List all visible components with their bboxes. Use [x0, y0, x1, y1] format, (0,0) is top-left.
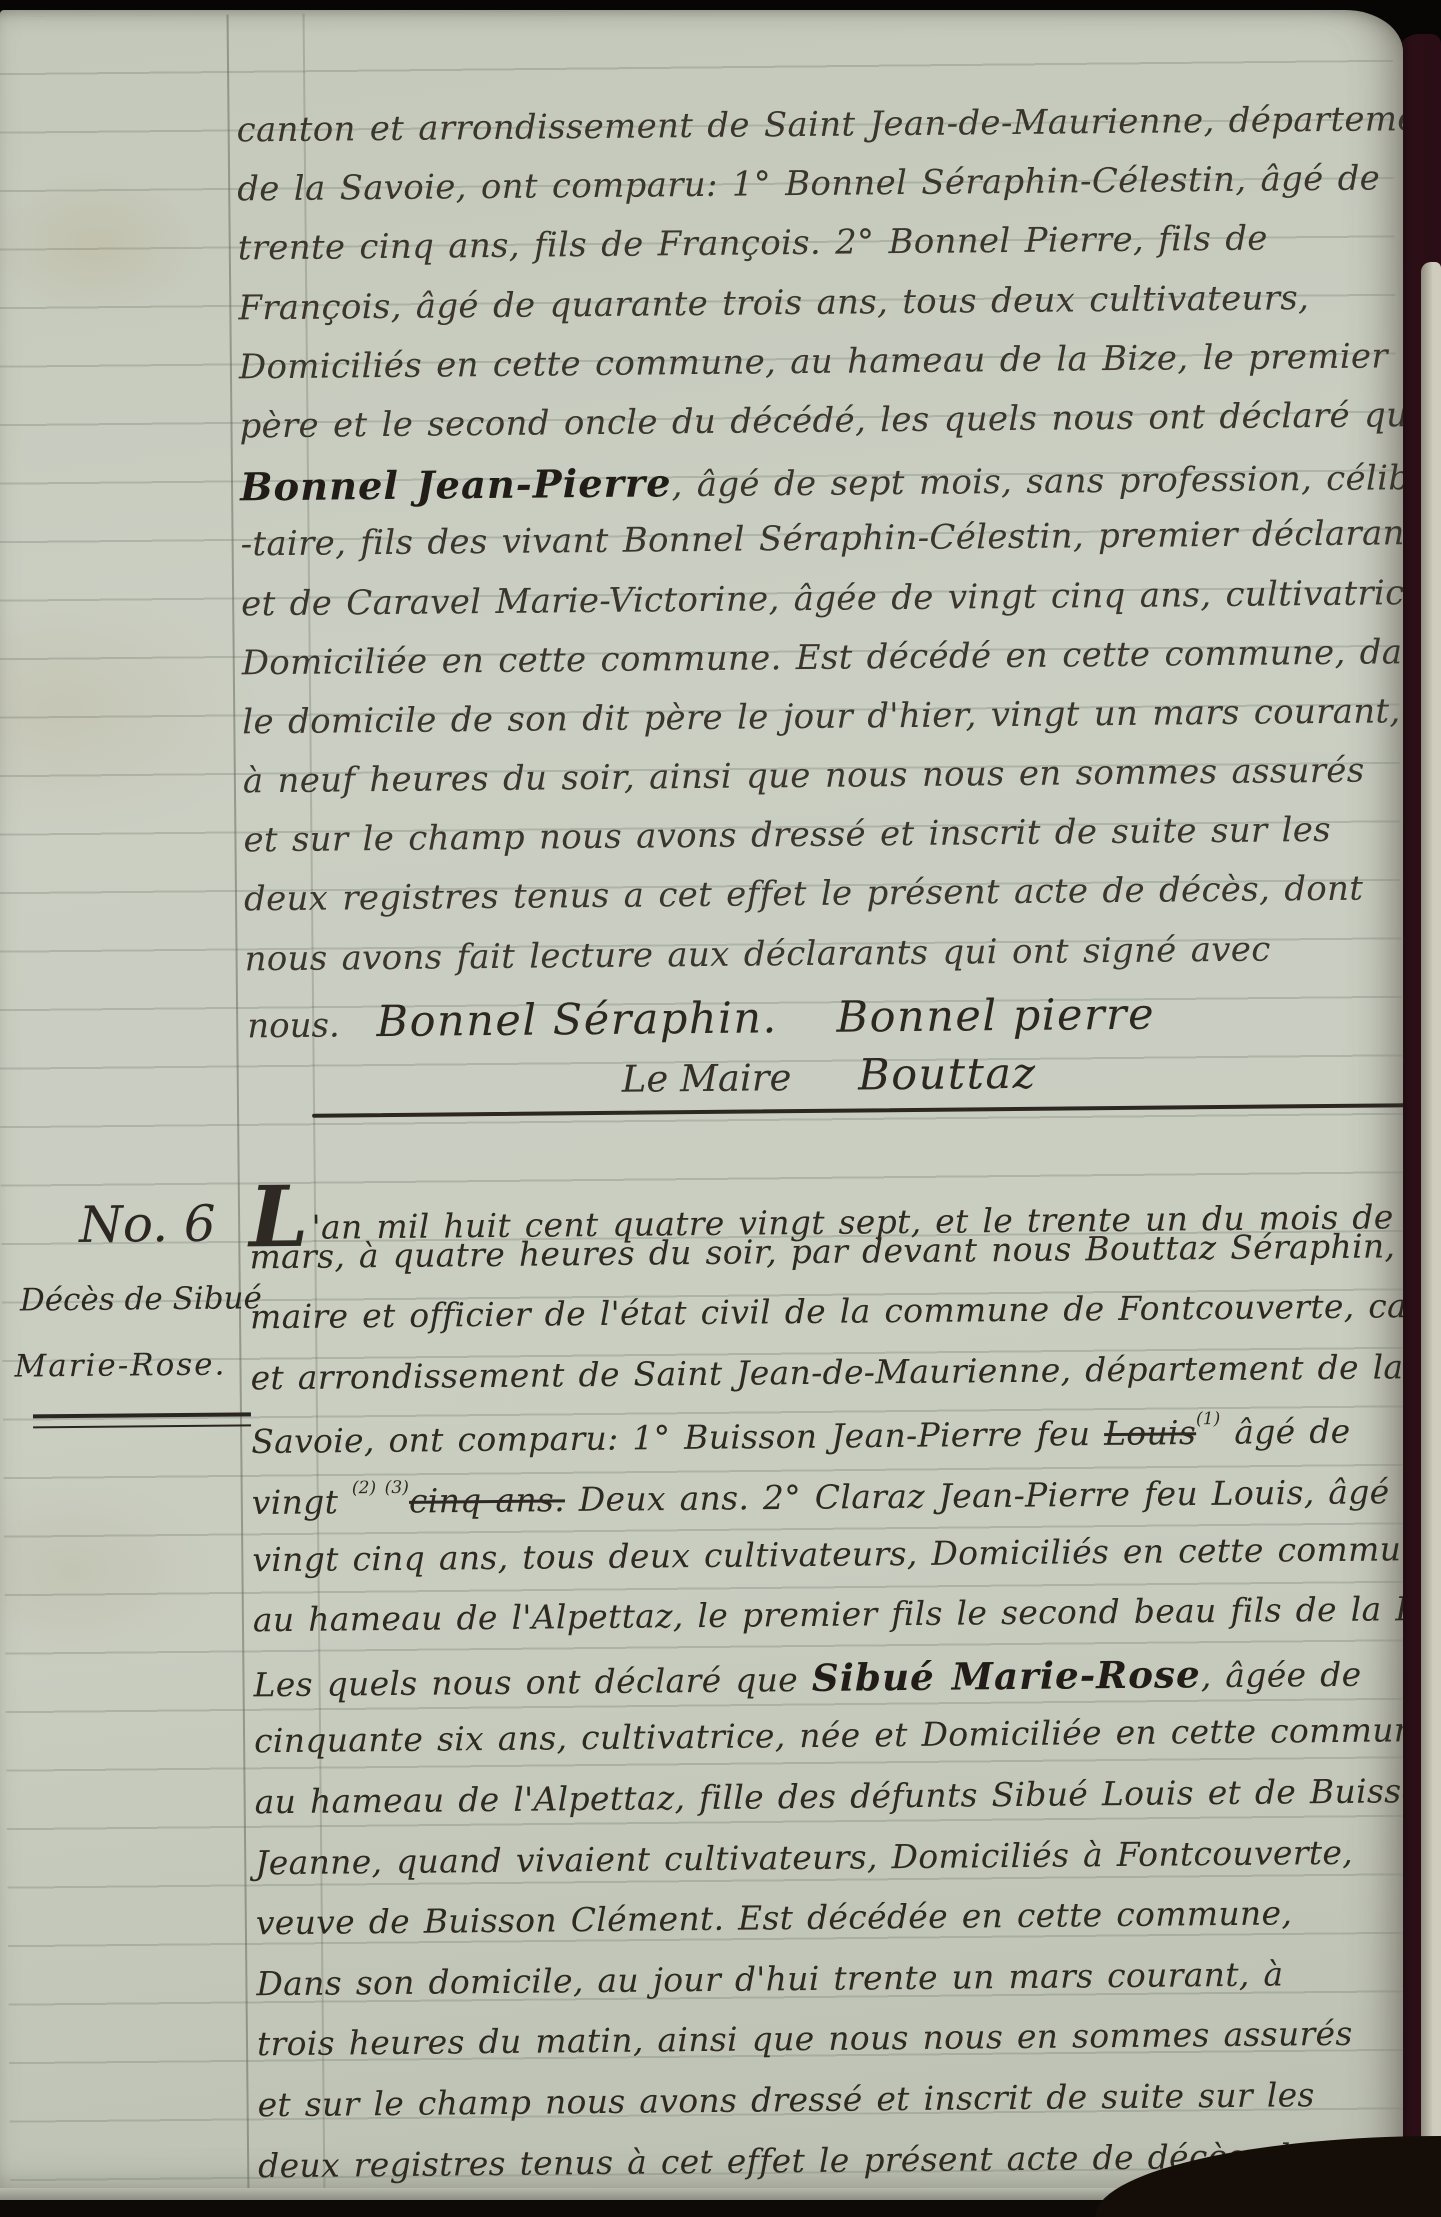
text-line: et de Caravel Marie-Victorine, âgée de v…	[241, 572, 1403, 643]
text-line: veuve de Buisson Clément. Est décédée en…	[256, 1892, 1403, 1964]
text-line: Dans son domicile, au jour d'hui trente …	[256, 1953, 1403, 2025]
text-line: deux registres tenus a cet effet le prés…	[244, 868, 1403, 939]
text-line: vingt cinq ans, tous deux cultivateurs, …	[252, 1528, 1403, 1600]
act-1-officiant-row: Le Maire Bouttaz	[622, 1049, 1037, 1103]
margin-note-underline	[33, 1412, 251, 1428]
officiant-title: Le Maire	[622, 1056, 792, 1101]
next-page-edge	[1421, 262, 1441, 2192]
text-line: Jeanne, quand vivaient cultivateurs, Dom…	[255, 1831, 1403, 1903]
scanned-register-photo: canton et arrondissement de Saint Jean-d…	[0, 0, 1441, 2217]
text-line: et sur le champ nous avons dressé et ins…	[243, 809, 1403, 880]
text-line: maire et officier de l'état civil de la …	[250, 1286, 1403, 1358]
text-segment: Savoie, ont comparu: 1° Buisson Jean-Pie…	[251, 1414, 1104, 1461]
text-segment: , âgée de	[1201, 1654, 1362, 1695]
page-content: canton et arrondissement de Saint Jean-d…	[0, 10, 1403, 2196]
text-segment: Deux ans. 2° Claraz Jean-Pierre feu Loui…	[565, 1472, 1403, 1519]
signature-bonnel-pierre: Bonnel pierre	[836, 990, 1155, 1043]
text-segment-name: Sibué Marie-Rose	[812, 1652, 1201, 1700]
text-line: cinquante six ans, cultivatrice, née et …	[254, 1710, 1403, 1782]
text-line: trente cinq ans, fils de François. 2° Bo…	[238, 217, 1403, 288]
text-line: Les quels nous ont déclaré que Sibué Mar…	[253, 1650, 1403, 1722]
text-segment-strike: Louis	[1104, 1413, 1196, 1453]
text-line: au hameau de l'Alpettaz, le premier fils…	[253, 1589, 1403, 1661]
text-line: le domicile de son dit père le jour d'hi…	[242, 691, 1403, 762]
text-line: L'an mil huit cent quatre vingt sept, et…	[249, 1165, 1403, 1237]
text-line: trois heures du matin, ainsi que nous no…	[257, 2013, 1403, 2085]
text-segment: Les quels nous ont déclaré que	[253, 1660, 812, 1704]
text-segment-sup: (2) (3)	[352, 1478, 409, 1499]
text-line: nous avons fait lecture aux déclarants q…	[244, 927, 1403, 998]
text-segment: vingt	[252, 1482, 353, 1522]
register-page: canton et arrondissement de Saint Jean-d…	[0, 10, 1403, 2196]
act-1-text: canton et arrondissement de Saint Jean-d…	[236, 99, 1403, 998]
margin-note: No. 6 Décès de Sibué Marie-Rose.	[1, 1194, 251, 1196]
margin-note-line2: Marie-Rose.	[14, 1347, 226, 1385]
text-line: Domiciliés en cette commune, au hameau d…	[239, 336, 1403, 407]
text-line: vingt (2) (3)cinq ans. Deux ans. 2° Clar…	[252, 1468, 1403, 1540]
text-segment: âgé de	[1220, 1412, 1350, 1452]
text-segment-name: Bonnel Jean-Pierre	[240, 461, 672, 510]
text-segment-sup: (1)	[1196, 1409, 1221, 1429]
text-segment: trente cinq ans, fils de François. 2° Bo…	[238, 219, 1268, 269]
text-line: à neuf heures du soir, ainsi que nous no…	[243, 750, 1403, 821]
closing-word: nous.	[247, 1005, 340, 1046]
text-segment: canton et arrondissement de Saint Jean-d…	[236, 99, 1403, 151]
act-separator-line	[312, 1103, 1403, 1118]
text-line: Bonnel Jean-Pierre, âgé de sept mois, sa…	[240, 454, 1403, 525]
text-line: mars, à quatre heures du soir, par devan…	[249, 1225, 1403, 1297]
text-line: et arrondissement de Saint Jean-de-Mauri…	[250, 1347, 1403, 1419]
text-segment-strike: cinq ans.	[409, 1480, 565, 1520]
act-number: No. 6	[79, 1194, 250, 1254]
act-2-text: L'an mil huit cent quatre vingt sept, et…	[249, 1165, 1403, 2196]
text-line: Domiciliée en cette commune. Est décédé …	[242, 632, 1403, 703]
text-line: père et le second oncle du décédé, les q…	[239, 395, 1403, 466]
text-segment-initial: L	[249, 1183, 309, 1251]
text-line: François, âgé de quarante trois ans, tou…	[238, 276, 1403, 347]
text-line: canton et arrondissement de Saint Jean-d…	[236, 99, 1403, 170]
signature-bonnel-seraphin: Bonnel Séraphin.	[376, 993, 778, 1047]
signature-mayor: Bouttaz	[858, 1049, 1037, 1101]
text-line: et sur le champ nous avons dressé et ins…	[257, 2074, 1403, 2146]
text-line: au hameau de l'Alpettaz, fille des défun…	[254, 1771, 1403, 1843]
text-segment: nous avons fait lecture aux déclarants q…	[244, 929, 1270, 979]
text-line: -taire, fils des vivant Bonnel Séraphin-…	[240, 513, 1403, 584]
act-1-signature-row: nous. Bonnel Séraphin. Bonnel pierre	[247, 989, 1203, 1048]
text-segment: , âgé de sept mois, sans profession, cél…	[671, 458, 1403, 505]
text-line: Savoie, ont comparu: 1° Buisson Jean-Pie…	[251, 1407, 1403, 1479]
text-line: de la Savoie, ont comparu: 1° Bonnel Sér…	[237, 158, 1403, 229]
margin-note-line1: Décès de Sibué	[20, 1280, 262, 1318]
